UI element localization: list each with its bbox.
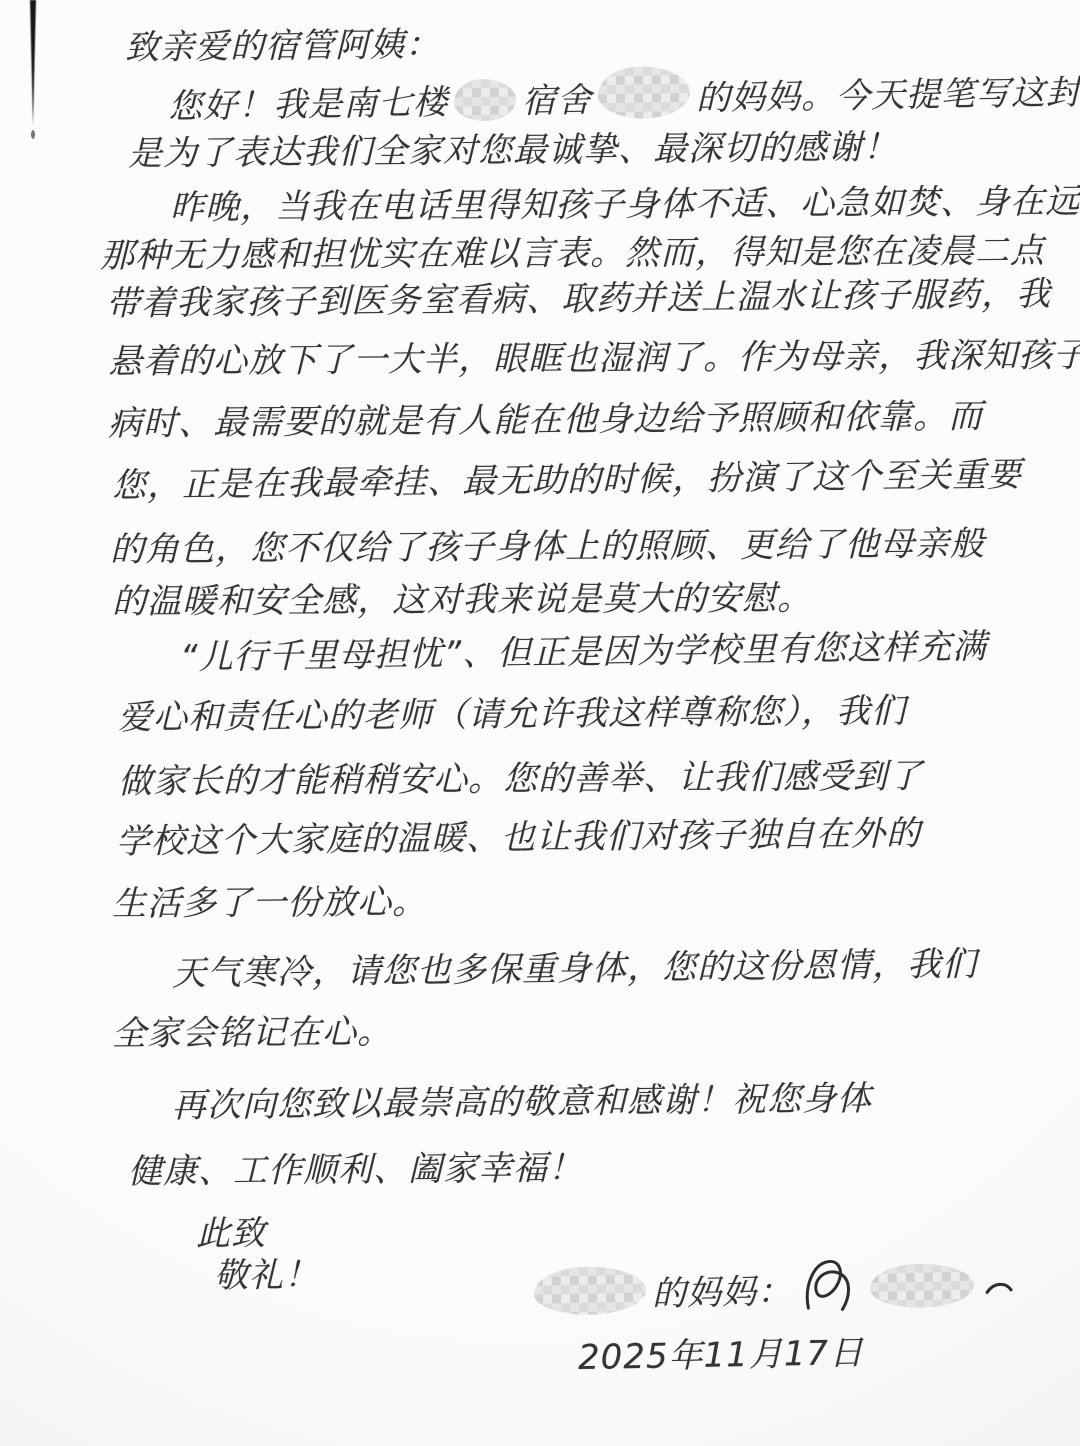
letter-line: 天气寒冷，请您也多保重身体，您的这份恩情，我们 [172, 936, 978, 995]
letter-line: 学校这个大家庭的温暖、也让我们对孩子独自在外的 [116, 806, 921, 863]
letter-line: 再次向您致以最崇高的敬意和感谢！祝您身体 [172, 1071, 872, 1127]
signature-tail-stroke [984, 1278, 1014, 1301]
letter-line: 昨晚，当我在电话里得知孩子身体不适、心急如焚、身在远方， [170, 173, 1080, 229]
letter-page: 致亲爱的宿管阿姨： 您好！我是南七楼宿舍的妈妈。今天提笔写这封信， 是为了表达我… [0, 0, 1080, 1446]
letter-line-intro-post: 的妈妈。今天提笔写这封信， [696, 72, 1080, 119]
letter-line: 健康、工作顺利、阖家幸福！ [128, 1140, 583, 1193]
letter-line-intro: 您好！我是南七楼宿舍的妈妈。今天提笔写这封信， [168, 59, 1080, 128]
scan-artifact-stroke [30, 0, 36, 126]
letter-line: 生活多了一份放心。 [112, 874, 427, 925]
letter-line: 病时、最需要的就是有人能在他身边给予照顾和依靠。而 [108, 388, 983, 445]
letter-line-intro-pre: 您好！我是南七楼 [168, 83, 449, 127]
redacted-room-number [454, 79, 517, 122]
letter-salutation: 致亲爱的宿管阿姨： [125, 17, 440, 69]
redacted-signer-name [869, 1263, 974, 1309]
signature-relation: 的妈妈： [652, 1271, 793, 1314]
letter-line: 带着我家孩子到医务室看病、取药并送上温水让孩子服药，我 [106, 266, 1051, 325]
letter-line-intro-mid: 宿舍 [522, 80, 593, 121]
redacted-child-name [533, 1266, 646, 1316]
letter-date: 2025年11月17日 [578, 1325, 865, 1379]
letter-closing-jingli: 敬礼！ [214, 1247, 319, 1297]
letter-line: “儿行千里母担忧”、但正是因为学校里有您这样充满 [180, 619, 988, 679]
letter-line: 是为了表达我们全家对您最诚挚、最深切的感谢！ [128, 119, 898, 175]
signature-scribble [793, 1257, 862, 1316]
letter-signature: 的妈妈： [527, 1254, 1014, 1322]
letter-line: 的温暖和安全感，这对我来说是莫大的安慰。 [112, 570, 812, 623]
letter-line: 悬着的心放下了一大半，眼眶也湿润了。作为母亲，我深知孩子生 [108, 327, 1080, 383]
letter-line: 的角色，您不仅给了孩子身体上的照顾、更给了他母亲般 [110, 516, 985, 571]
letter-line: 您，正是在我最牵挂、最无助的时候，扮演了这个至关重要 [112, 447, 1023, 507]
scan-artifact-dot [31, 130, 35, 139]
letter-line: 全家会铭记在心。 [112, 1004, 392, 1055]
redacted-student-name [598, 66, 691, 119]
letter-line: 做家长的才能稍稍安心。您的善举、让我们感受到了 [118, 748, 923, 803]
letter-line: 爱心和责任心的老师（请允许我这样尊称您），我们 [118, 683, 906, 739]
